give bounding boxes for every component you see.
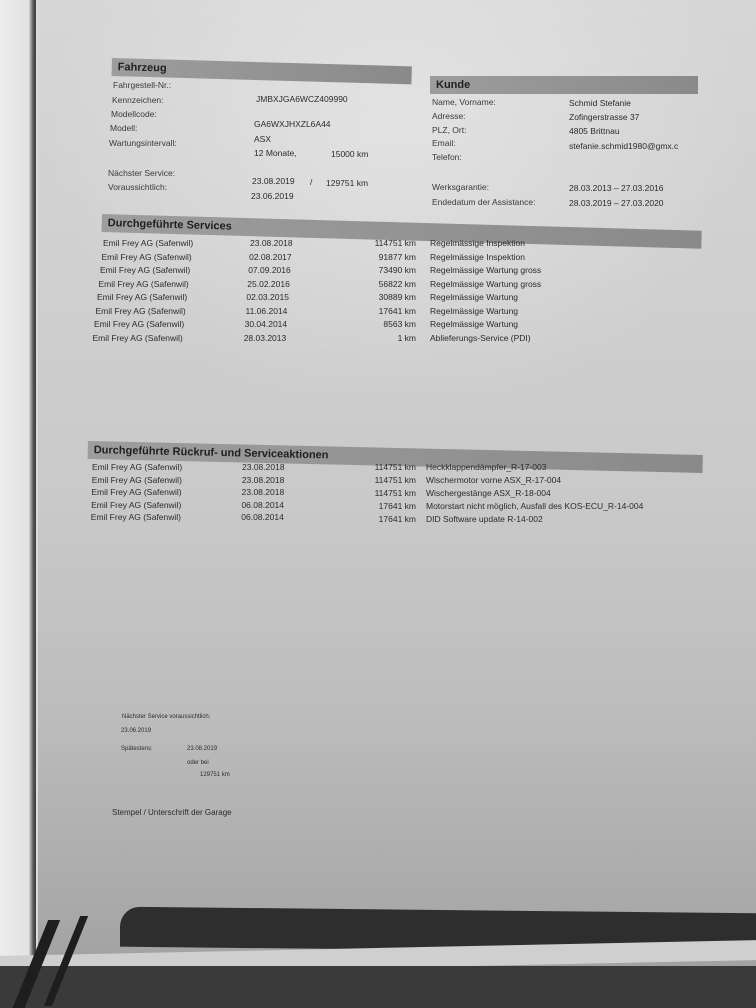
description-cell: Regelmässige Wartung gross bbox=[430, 265, 541, 275]
km-cell: 17641 km bbox=[356, 306, 416, 316]
label-werksgarantie: Werksgarantie: bbox=[432, 182, 489, 192]
value-wartungsintervall: ASX bbox=[254, 134, 271, 144]
km-cell: 114751 km bbox=[356, 475, 416, 485]
km-cell: 8563 km bbox=[356, 319, 416, 329]
date-cell: 23.08.2018 bbox=[242, 475, 285, 485]
value-plz-ort: 4805 Brittnau bbox=[569, 126, 620, 136]
date-cell: 06.08.2014 bbox=[241, 500, 284, 510]
value-adresse: Zofingerstrasse 37 bbox=[569, 112, 639, 122]
label-naechster-service: Nächster Service: bbox=[108, 168, 175, 178]
garage-cell: Emil Frey AG (Safenwil) bbox=[92, 475, 182, 485]
label-wartungsintervall: Wartungsintervall: bbox=[109, 138, 177, 148]
date-cell: 11.06.2014 bbox=[246, 306, 288, 316]
garage-cell: Emil Frey AG (Safenwil) bbox=[93, 333, 183, 343]
km-cell: 73490 km bbox=[356, 265, 416, 275]
date-cell: 07.09.2016 bbox=[248, 265, 291, 275]
date-cell: 02.03.2015 bbox=[246, 292, 289, 302]
km-cell: 91877 km bbox=[356, 252, 416, 262]
value-interval-months: 12 Monate, bbox=[254, 148, 297, 158]
value-email: stefanie.schmid1980@gmx.c bbox=[569, 141, 678, 151]
description-cell: Regelmässige Wartung gross bbox=[430, 279, 541, 289]
footer-stamp-label: Stempel / Unterschrift der Garage bbox=[112, 808, 232, 817]
km-cell: 114751 km bbox=[356, 488, 416, 498]
section-title: Durchgeführte Services bbox=[108, 217, 232, 232]
value-assistance: 28.03.2019 – 27.03.2020 bbox=[569, 198, 664, 208]
km-cell: 56822 km bbox=[356, 279, 416, 289]
description-cell: Regelmässige Inspektion bbox=[430, 252, 525, 262]
garage-cell: Emil Frey AG (Safenwil) bbox=[91, 512, 181, 522]
label-email: Email: bbox=[432, 138, 456, 148]
garage-cell: Emil Frey AG (Safenwil) bbox=[94, 319, 184, 329]
label-telefon: Telefon: bbox=[432, 152, 462, 162]
label-plz-ort: PLZ, Ort: bbox=[432, 125, 466, 135]
description-cell: Heckklappendämpfer_R-17-003 bbox=[426, 462, 547, 472]
date-cell: 25.02.2016 bbox=[247, 279, 290, 289]
value-werksgarantie: 28.03.2013 – 27.03.2016 bbox=[569, 183, 664, 193]
date-cell: 02.08.2017 bbox=[249, 252, 292, 262]
description-cell: Regelmässige Wartung bbox=[430, 319, 518, 329]
value-kennzeichen: JMBXJGA6WCZ409990 bbox=[256, 94, 348, 104]
label-fahrgestell: Fahrgestell-Nr.: bbox=[113, 80, 171, 90]
description-cell: Ablieferungs-Service (PDI) bbox=[430, 333, 531, 343]
value-separator: / bbox=[310, 177, 312, 187]
label-assistance: Endedatum der Assistance: bbox=[432, 197, 535, 207]
label-adresse: Adresse: bbox=[432, 111, 466, 121]
date-cell: 06.08.2014 bbox=[241, 512, 284, 522]
label-kennzeichen: Kennzeichen: bbox=[112, 95, 164, 105]
garage-cell: Emil Frey AG (Safenwil) bbox=[91, 487, 181, 497]
date-cell: 23.08.2018 bbox=[250, 238, 293, 248]
garage-cell: Emil Frey AG (Safenwil) bbox=[97, 292, 187, 302]
background-bottom-edge bbox=[0, 910, 756, 1008]
section-header-kunde: Kunde bbox=[430, 76, 698, 94]
section-title: Fahrzeug bbox=[118, 61, 167, 74]
section-title: Durchgeführte Rückruf- und Serviceaktion… bbox=[94, 444, 329, 461]
km-cell: 114751 km bbox=[356, 238, 416, 248]
footer-latest-date: 23.08.2019 bbox=[187, 746, 217, 752]
date-cell: 28.03.2013 bbox=[244, 333, 287, 343]
description-cell: Regelmässige Wartung bbox=[430, 306, 518, 316]
label-voraussichtlich: Voraussichtlich: bbox=[108, 182, 167, 192]
description-cell: Wischermotor vorne ASX_R-17-004 bbox=[426, 475, 561, 485]
footer-next-service-date: 23.06.2019 bbox=[121, 728, 151, 734]
label-modellcode: Modellcode: bbox=[111, 109, 157, 119]
km-cell: 1 km bbox=[356, 333, 416, 343]
background-left-edge bbox=[0, 0, 36, 1008]
date-cell: 23.08.2018 bbox=[242, 462, 285, 472]
value-interval-km: 15000 km bbox=[331, 149, 368, 159]
label-modell: Modell: bbox=[110, 123, 137, 133]
value-naechster-service-km: 129751 km bbox=[326, 178, 368, 188]
description-cell: Motorstart nicht möglich, Ausfall des KO… bbox=[426, 501, 643, 511]
km-cell: 17641 km bbox=[356, 501, 416, 511]
garage-cell: Emil Frey AG (Safenwil) bbox=[102, 252, 192, 262]
garage-cell: Emil Frey AG (Safenwil) bbox=[91, 500, 181, 510]
value-name: Schmid Stefanie bbox=[569, 98, 631, 108]
description-cell: Regelmässige Inspektion bbox=[430, 238, 525, 248]
footer-or-at: oder bei bbox=[187, 760, 209, 766]
section-title: Kunde bbox=[436, 79, 470, 91]
date-cell: 30.04.2014 bbox=[245, 319, 288, 329]
garage-cell: Emil Frey AG (Safenwil) bbox=[100, 265, 190, 275]
km-cell: 114751 km bbox=[356, 462, 416, 472]
description-cell: DID Software update R-14-002 bbox=[426, 514, 543, 524]
value-naechster-service-date: 23.08.2019 bbox=[252, 176, 295, 186]
footer-next-service-label: Nächster Service voraussichtlich: bbox=[122, 714, 210, 720]
footer-latest-label: Spätestens: bbox=[121, 746, 153, 752]
garage-cell: Emil Frey AG (Safenwil) bbox=[103, 238, 193, 248]
km-cell: 17641 km bbox=[356, 514, 416, 524]
value-voraussichtlich: 23.06.2019 bbox=[251, 191, 294, 201]
label-name: Name, Vorname: bbox=[432, 97, 496, 107]
km-cell: 30889 km bbox=[356, 292, 416, 302]
footer-latest-km: 129751 km bbox=[200, 772, 230, 778]
date-cell: 23.08.2018 bbox=[242, 487, 285, 497]
value-modell: GA6WXJHXZL6A44 bbox=[254, 119, 331, 129]
garage-cell: Emil Frey AG (Safenwil) bbox=[99, 279, 189, 289]
description-cell: Wischergestänge ASX_R-18-004 bbox=[426, 488, 551, 498]
garage-cell: Emil Frey AG (Safenwil) bbox=[96, 306, 186, 316]
garage-cell: Emil Frey AG (Safenwil) bbox=[92, 462, 182, 472]
description-cell: Regelmässige Wartung bbox=[430, 292, 518, 302]
